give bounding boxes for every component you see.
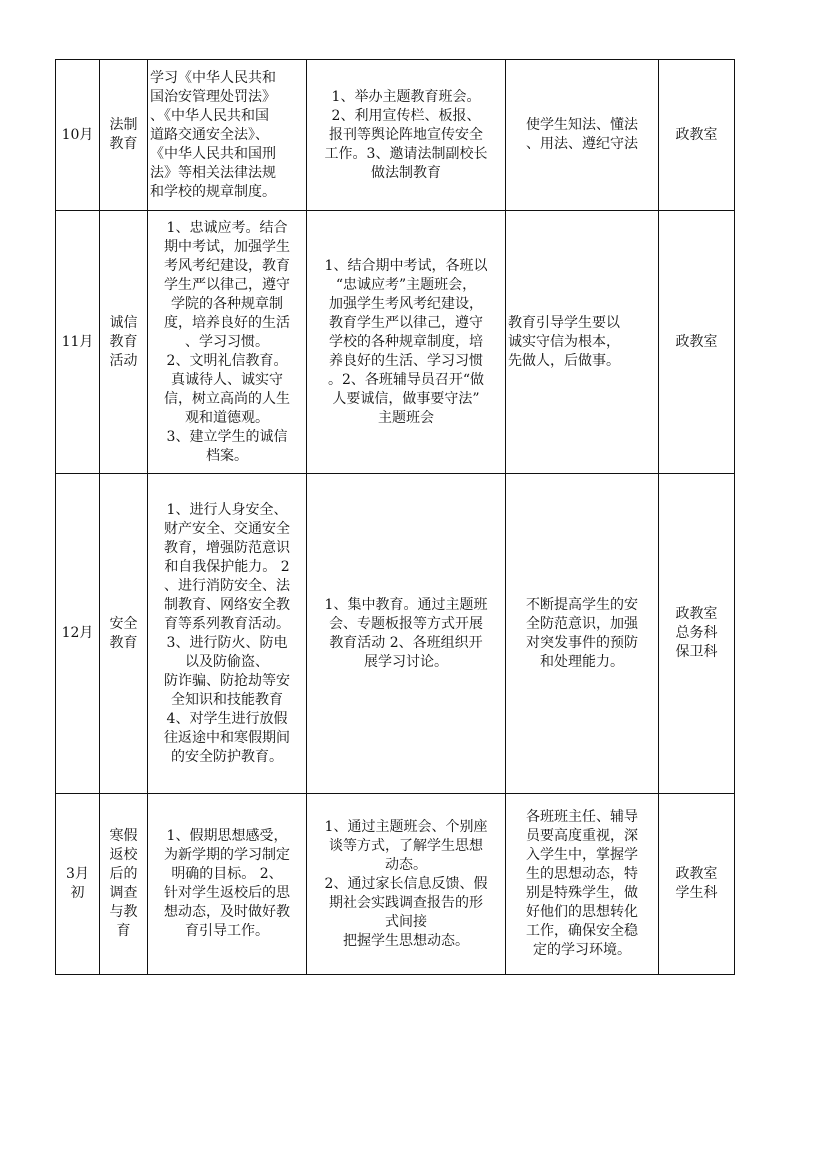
- department-cell: 政教室 总务科 保卫科: [659, 474, 735, 794]
- content-cell: 1、忠诚应考。结合 期中考试，加强学生 考风考纪建设，教育 学生严以律己，遵守 …: [148, 211, 307, 474]
- method-cell: 1、结合期中考试，各班以 “忠诚应考”主题班会， 加强学生考风考纪建设， 教育学…: [307, 211, 506, 474]
- topic-cell: 诚信 教育 活动: [100, 211, 148, 474]
- department-cell: 政教室: [659, 60, 735, 211]
- department-cell: 政教室 学生科: [659, 794, 735, 975]
- table-row-december: 12月 安全 教育 1、进行人身安全、 财产安全、交通安全 教育，增强防范意识 …: [56, 474, 735, 794]
- content-cell: 学习《中华人民共和 国治安管理处罚法》 、《中华人民共和国 道路交通安全法》、 …: [148, 60, 307, 211]
- table-row-november: 11月 诚信 教育 活动 1、忠诚应考。结合 期中考试，加强学生 考风考纪建设，…: [56, 211, 735, 474]
- method-cell: 1、通过主题班会、个别座 谈等方式，了解学生思想 动态。 2、通过家长信息反馈、…: [307, 794, 506, 975]
- goal-cell: 不断提高学生的安 全防范意识，加强 对突发事件的预防 和处理能力。: [506, 474, 659, 794]
- goal-cell: 各班班主任、辅导 员要高度重视，深 入学生中，掌握学 生的思想动态，特 别是特殊…: [506, 794, 659, 975]
- method-cell: 1、集中教育。通过主题班 会、专题板报等方式开展 教育活动 2、各班组织开 展学…: [307, 474, 506, 794]
- department-cell: 政教室: [659, 211, 735, 474]
- month-cell: 10月: [56, 60, 100, 211]
- content-cell: 1、进行人身安全、 财产安全、交通安全 教育，增强防范意识 和自我保护能力。 2…: [148, 474, 307, 794]
- education-plan-table: 10月 法制 教育 学习《中华人民共和 国治安管理处罚法》 、《中华人民共和国 …: [55, 59, 735, 975]
- content-cell: 1、假期思想感受， 为新学期的学习制定 明确的目标。 2、 针对学生返校后的思 …: [148, 794, 307, 975]
- month-cell: 12月: [56, 474, 100, 794]
- method-cell: 1、举办主题教育班会。 2、利用宣传栏、板报、 报刊等舆论阵地宣传安全 工作。3…: [307, 60, 506, 211]
- topic-cell: 法制 教育: [100, 60, 148, 211]
- table-row-october: 10月 法制 教育 学习《中华人民共和 国治安管理处罚法》 、《中华人民共和国 …: [56, 60, 735, 211]
- month-cell: 3月 初: [56, 794, 100, 975]
- goal-cell: 使学生知法、懂法 、用法、遵纪守法: [506, 60, 659, 211]
- table-row-march: 3月 初 寒假 返校 后的 调查 与教 育 1、假期思想感受， 为新学期的学习制…: [56, 794, 735, 975]
- topic-cell: 寒假 返校 后的 调查 与教 育: [100, 794, 148, 975]
- topic-cell: 安全 教育: [100, 474, 148, 794]
- goal-cell: 教育引导学生要以 诚实守信为根本， 先做人，后做事。: [506, 211, 659, 474]
- month-cell: 11月: [56, 211, 100, 474]
